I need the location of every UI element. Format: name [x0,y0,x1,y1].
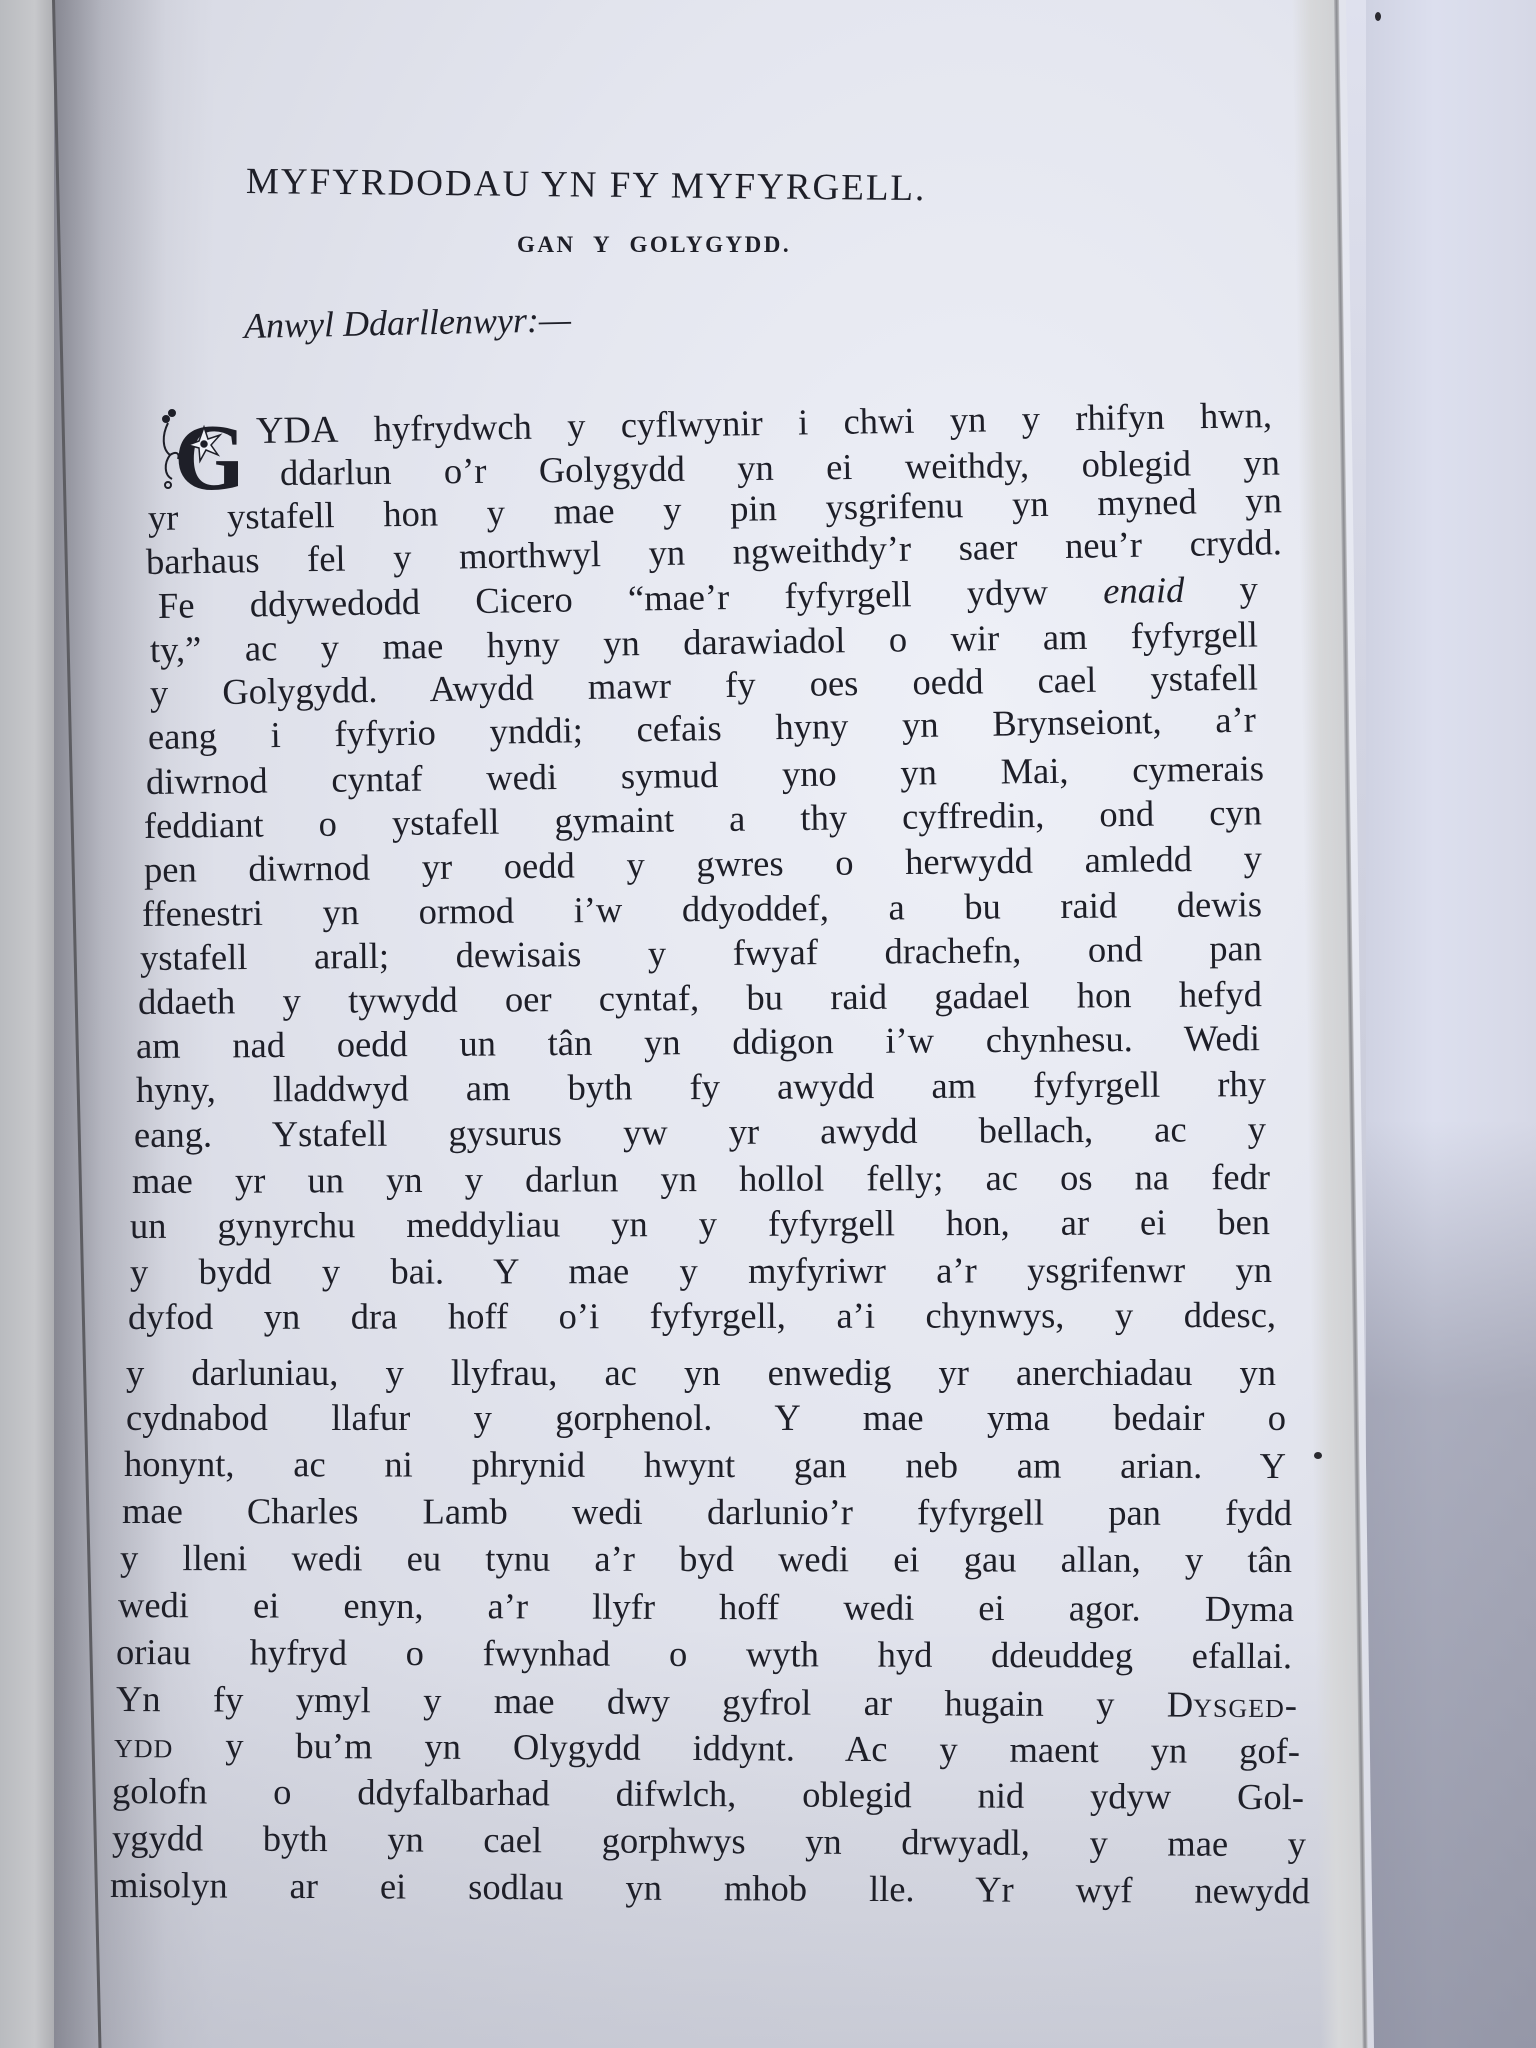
body-line-12: ffenestri yn ormod i’w ddyoddef, a bu ra… [142,886,1262,932]
body-line-30: ydd y bu’m yn Olygydd iddynt. Ac y maent… [114,1727,1300,1770]
body-line-23: cydnabod llafur y gorphenol. Y mae yma b… [126,1400,1286,1437]
body-line-1: YDA hyfrydwch y cyflwynir i chwi yn y rh… [256,396,1272,450]
ink-speck-top [1375,12,1381,21]
body-line-16: hyny, lladdwyd am byth fy awydd am fyfyr… [136,1066,1266,1108]
body-line-31: golofn o ddyfalbarhad difwlch, oblegid n… [112,1773,1304,1816]
body-line-18: mae yr un yn y darlun yn hollol felly; a… [132,1159,1270,1199]
body-line-27: wedi ei enyn, a’r llyfr hoff wedi ei ago… [118,1587,1294,1628]
page-text: MYFYRDODAU YN FY MYFYRGELL. GAN Y GOLYGY… [0,0,1536,2048]
drop-cap-ornament-icon: G [158,405,238,497]
body-line-24: honynt, ac ni phrynid hwynt gan neb am a… [124,1446,1286,1485]
body-line-21: dyfod yn dra hoff o’i fyfyrgell, a’i chy… [128,1297,1276,1336]
body-line-22: y darluniau, y llyfrau, ac yn enwedig yr… [126,1355,1276,1392]
page-title: MYFYRDODAU YN FY MYFYRGELL. [246,160,1166,213]
byline: GAN Y GOLYGYDD. [517,232,791,258]
body-line-19: un gynyrchu meddyliau yn y fyfyrgell hon… [130,1204,1270,1244]
book-photo-scene: MYFYRDODAU YN FY MYFYRGELL. GAN Y GOLYGY… [0,0,1536,2048]
body-line-26: y lleni wedi eu tynu a’r byd wedi ei gau… [120,1540,1292,1579]
body-line-10: feddiant o ystafell gymaint a thy cyffre… [144,794,1262,844]
body-line-25: mae Charles Lamb wedi darlunio’r fyfyrge… [122,1493,1292,1532]
body-line-32: ygydd byth yn cael gorphwys yn drwyadl, … [112,1820,1306,1863]
body-line-13: ystafell arall; dewisais y fwyaf drachef… [140,930,1262,976]
body-line-11: pen diwrnod yr oedd y gwres o herwydd am… [144,840,1262,888]
salutation: Anwyl Ddarllenwyr:— [244,298,572,347]
body-line-20: y bydd y bai. Y mae y myfyriwr a’r ysgri… [130,1252,1272,1290]
body-line-29: Yn fy ymyl y mae dwy gyfrol ar hugain y … [116,1681,1298,1724]
body-line-14: ddaeth y tywydd oer cyntaf, bu raid gada… [138,976,1262,1020]
body-line-17: eang. Ystafell gysurus yw yr awydd bella… [134,1111,1266,1153]
ink-speck [1314,1452,1322,1459]
body-line-15: am nad oedd un tân yn ddigon i’w chynhes… [136,1020,1260,1064]
body-line-28: oriau hyfryd o fwynhad o wyth hyd ddeudd… [116,1634,1292,1675]
body-line-33: misolyn ar ei sodlau yn mhob lle. Yr wyf… [110,1867,1310,1910]
